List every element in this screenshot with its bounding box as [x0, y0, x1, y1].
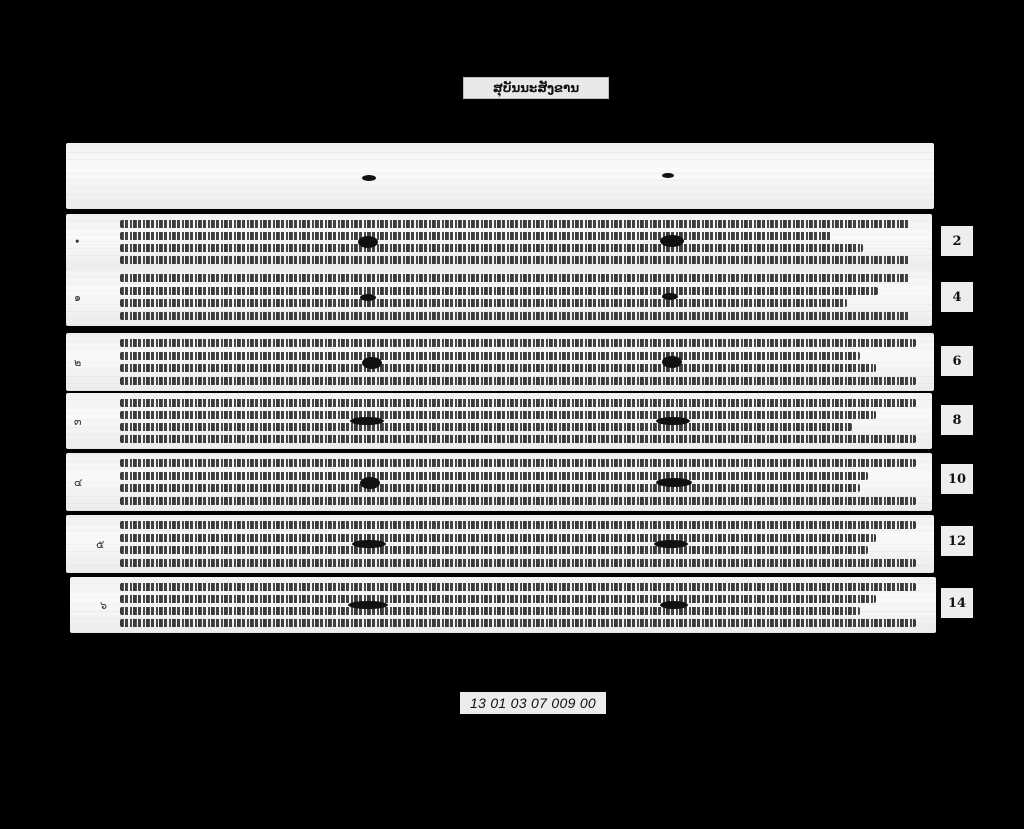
- margin-mark: ๔: [74, 473, 82, 491]
- page-number-tag: 4: [941, 282, 973, 312]
- script-text-block: [120, 583, 916, 627]
- page-number-tag: 14: [941, 588, 973, 618]
- palm-leaf-page-10: ๔: [66, 453, 932, 511]
- palm-leaf-page-4: ๑: [66, 268, 932, 326]
- binding-hole-icon: [662, 356, 682, 368]
- binding-hole-icon: [350, 417, 384, 425]
- page-number-tag: 10: [941, 464, 973, 494]
- palm-leaf-page-12: ๕: [66, 515, 934, 573]
- binding-hole-icon: [656, 478, 692, 487]
- margin-mark: •: [74, 236, 81, 249]
- binding-hole-icon: [360, 477, 380, 489]
- binding-hole-icon: [662, 293, 678, 300]
- script-text-block: [120, 220, 910, 264]
- binding-hole-icon: [352, 540, 386, 548]
- binding-hole-icon: [656, 417, 690, 425]
- binding-hole-icon: [360, 294, 376, 301]
- page-number-tag: 12: [941, 526, 973, 556]
- script-text-block: [120, 459, 916, 505]
- margin-mark: ๕: [96, 535, 104, 553]
- binding-hole-icon: [362, 357, 382, 369]
- binding-hole-icon: [654, 540, 688, 548]
- binding-hole-icon: [362, 175, 376, 181]
- palm-leaf-blank: [66, 143, 934, 209]
- binding-hole-icon: [348, 601, 388, 609]
- margin-mark: ๒: [74, 353, 81, 371]
- binding-hole-icon: [358, 236, 378, 248]
- script-text-block: [120, 521, 916, 567]
- margin-mark: ๑: [74, 288, 81, 306]
- binding-hole-icon: [660, 601, 688, 609]
- palm-leaf-page-2: •: [66, 214, 932, 270]
- palm-leaf-page-8: ๓: [66, 393, 932, 449]
- page-number-tag: 2: [941, 226, 973, 256]
- binding-hole-icon: [660, 235, 684, 247]
- margin-mark: ๖: [100, 596, 107, 614]
- palm-leaf-page-6: ๒: [66, 333, 934, 391]
- manuscript-title-label: ສຸບັນນະສັງຂານ: [463, 77, 609, 99]
- archive-code-label: 13 01 03 07 009 00: [460, 692, 606, 714]
- script-text-block: [120, 399, 916, 443]
- script-text-block: [120, 339, 916, 385]
- script-text-block: [120, 274, 910, 320]
- page-number-tag: 8: [941, 405, 973, 435]
- palm-leaf-page-14: ๖: [70, 577, 936, 633]
- binding-hole-icon: [662, 173, 674, 178]
- margin-mark: ๓: [74, 412, 82, 430]
- page-number-tag: 6: [941, 346, 973, 376]
